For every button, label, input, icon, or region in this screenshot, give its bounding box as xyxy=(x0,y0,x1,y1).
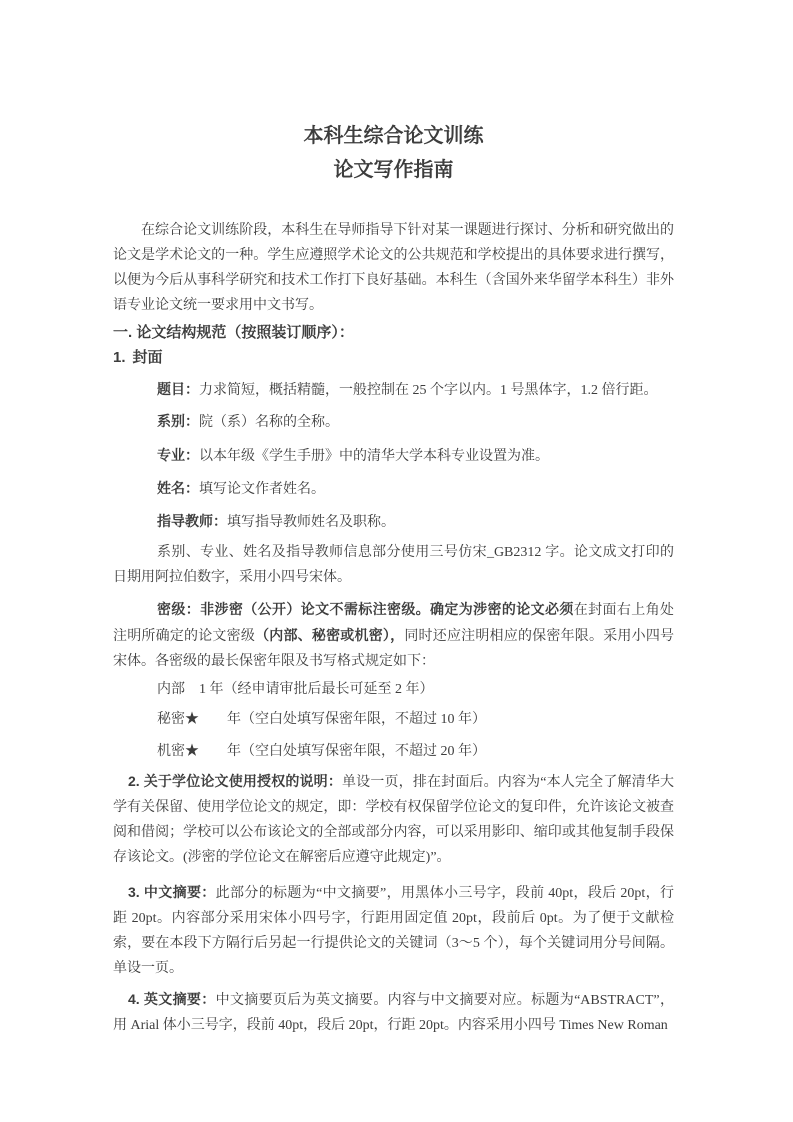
field-major: 专业：以本年级《学生手册》中的清华大学本科专业设置为准。 xyxy=(113,443,674,469)
intro-paragraph: 在综合论文训练阶段，本科生在导师指导下针对某一课题进行探讨、分析和研究做出的论文… xyxy=(113,218,674,318)
field-title-text: 力求简短，概括精髓，一般控制在 25 个字以内。1 号黑体字，1.2 倍行距。 xyxy=(199,383,658,398)
secrecy-bold-lead: 密级：非涉密（公开）论文不需标注密级。确定为涉密的论文必须 xyxy=(157,601,574,617)
document-page: 本科生综合论文训练 论文写作指南 在综合论文训练阶段，本科生在导师指导下针对某一… xyxy=(0,0,793,1122)
field-title: 题目：力求简短，概括精髓，一般控制在 25 个字以内。1 号黑体字，1.2 倍行… xyxy=(113,377,674,403)
field-advisor: 指导教师：填写指导教师姓名及职称。 xyxy=(113,509,674,535)
secrecy-level-secret: 秘密★ 年（空白处填写保密年限，不超过 10 年） xyxy=(113,707,674,732)
item-english-abstract-paragraph: 4. 英文摘要：中文摘要页后为英文摘要。内容与中文摘要对应。标题为“ABSTRA… xyxy=(113,987,674,1038)
doc-title-line2: 论文写作指南 xyxy=(113,158,674,183)
field-advisor-label: 指导教师： xyxy=(157,513,227,529)
field-major-text: 以本年级《学生手册》中的清华大学本科专业设置为准。 xyxy=(199,449,549,464)
font-usage-note: 系别、专业、姓名及指导教师信息部分使用三号仿宋_GB2312 字。论文成文打印的… xyxy=(113,540,674,590)
field-department: 系别：院（系）名称的全称。 xyxy=(113,409,674,435)
secrecy-paragraph: 密级：非涉密（公开）论文不需标注密级。确定为涉密的论文必须在封面右上角处注明所确… xyxy=(113,597,674,674)
field-department-text: 院（系）名称的全称。 xyxy=(199,415,339,430)
item-english-abstract-label: 4. 英文摘要： xyxy=(128,991,216,1007)
field-advisor-text: 填写指导教师姓名及职称。 xyxy=(227,515,395,530)
doc-title-line1: 本科生综合论文训练 xyxy=(113,124,674,149)
item-cover-heading: 1.封面 xyxy=(113,345,674,370)
field-name: 姓名：填写论文作者姓名。 xyxy=(113,476,674,502)
field-department-label: 系别： xyxy=(157,413,199,429)
field-title-label: 题目： xyxy=(157,381,199,397)
secrecy-bold-levels: （内部、秘密或机密）， xyxy=(255,627,404,643)
item-chinese-abstract-label: 3. 中文摘要： xyxy=(128,884,216,900)
section-structure-heading: 一. 论文结构规范（按照装订顺序）： xyxy=(113,320,674,345)
item-cover-title: 封面 xyxy=(133,349,163,366)
item-cover-number: 1. xyxy=(113,349,126,366)
item-authorization-label: 2. 关于学位论文使用授权的说明： xyxy=(128,773,342,789)
item-authorization-paragraph: 2. 关于学位论文使用授权的说明：单设一页，排在封面后。内容为“本人完全了解清华… xyxy=(113,769,674,870)
item-chinese-abstract-paragraph: 3. 中文摘要：此部分的标题为“中文摘要”，用黑体小三号字，段前 40pt，段后… xyxy=(113,880,674,981)
secrecy-level-confidential: 机密★ 年（空白处填写保密年限，不超过 20 年） xyxy=(113,739,674,764)
field-name-text: 填写论文作者姓名。 xyxy=(199,482,325,497)
field-name-label: 姓名： xyxy=(157,480,199,496)
secrecy-level-internal: 内部 1 年（经申请审批后最长可延至 2 年） xyxy=(113,677,674,702)
field-major-label: 专业： xyxy=(157,447,199,463)
